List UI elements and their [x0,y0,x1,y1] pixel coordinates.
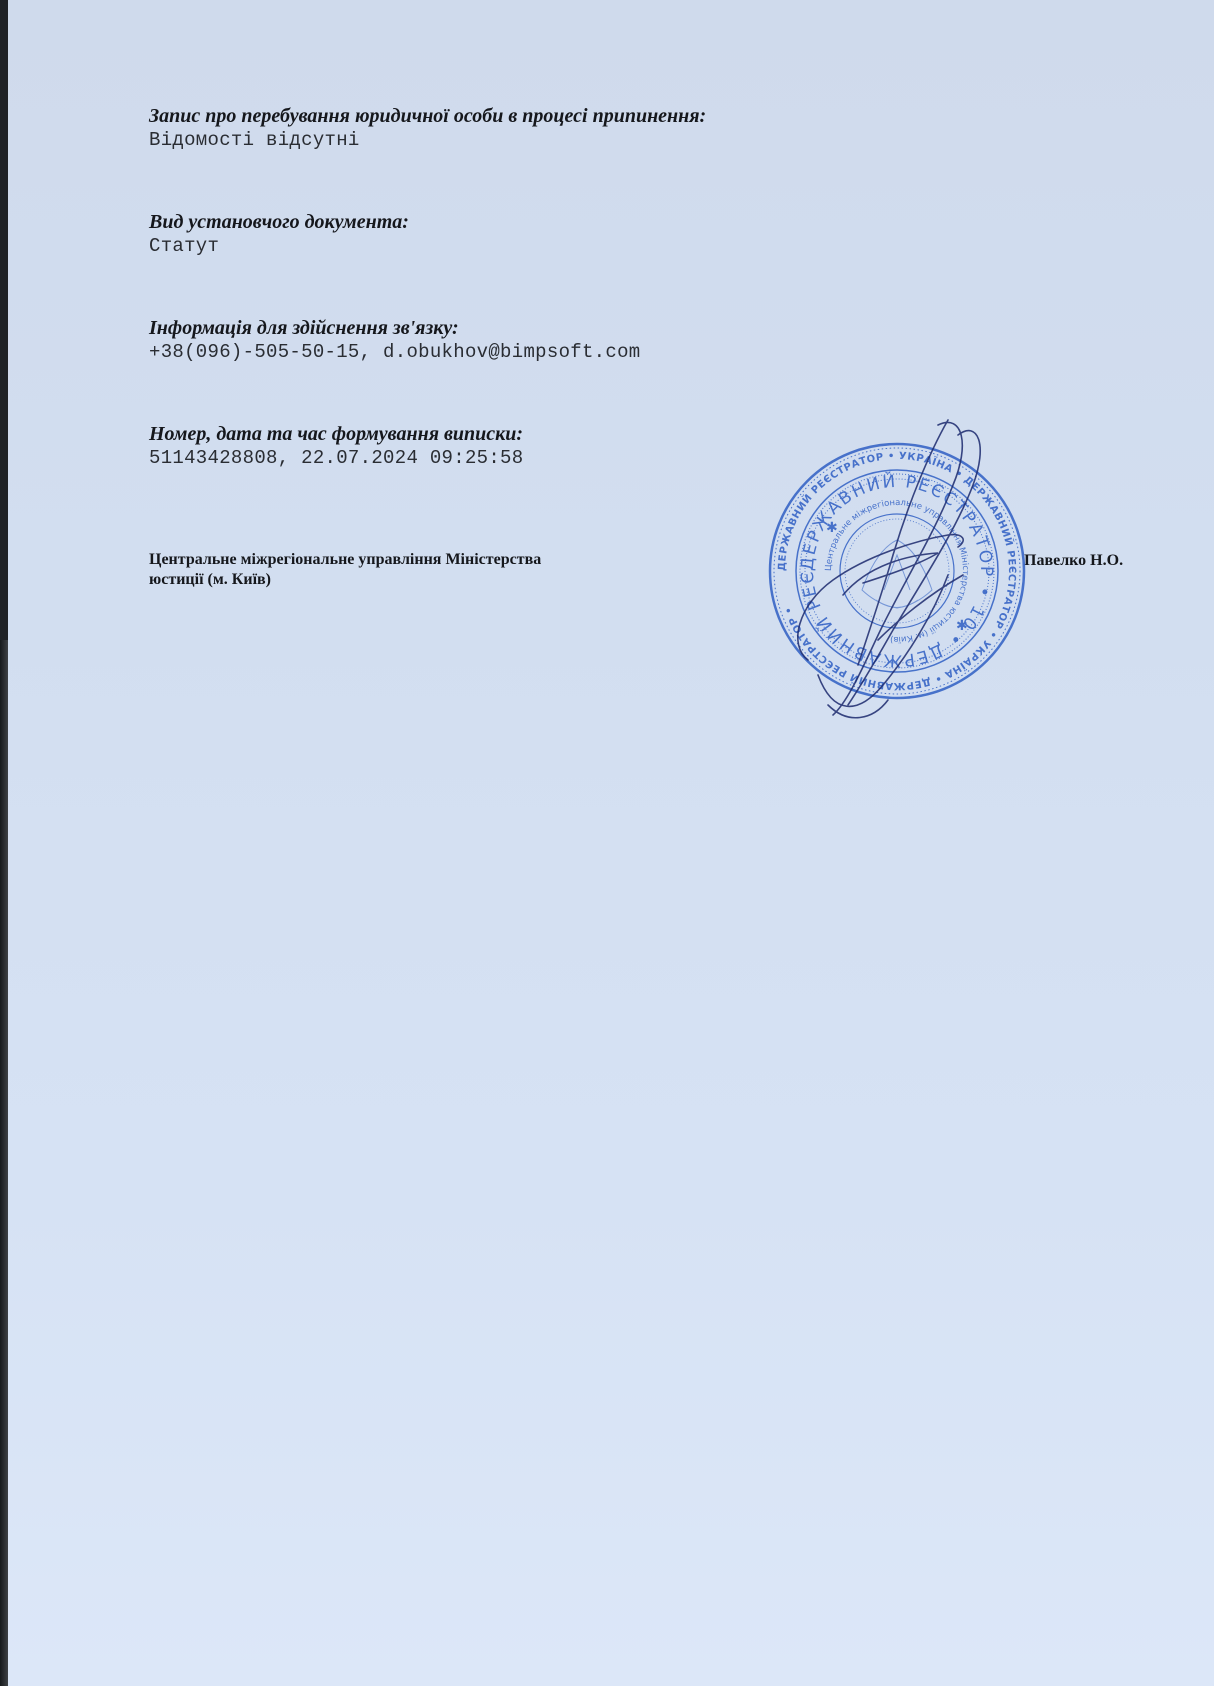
field-contact-info: Інформація для здійснення зв'язку: +38(0… [149,316,640,364]
field-value: Статут [149,234,409,258]
field-label: Вид установчого документа: [149,210,409,234]
field-label: Інформація для здійснення зв'язку: [149,316,640,340]
issuing-authority: Центральне міжрегіональне управління Мін… [149,550,669,590]
authority-line-1: Центральне міжрегіональне управління Мін… [149,550,669,570]
field-founding-document-type: Вид установчого документа: Статут [149,210,409,258]
field-extract-number-datetime: Номер, дата та час формування виписки: 5… [149,422,523,470]
document-page: Запис про перебування юридичної особи в … [8,0,1214,1686]
field-value: 51143428808, 22.07.2024 09:25:58 [149,446,523,470]
field-label: Номер, дата та час формування виписки: [149,422,523,446]
field-label: Запис про перебування юридичної особи в … [149,104,706,128]
field-value: +38(096)-505-50-15, d.obukhov@bimpsoft.c… [149,340,640,364]
field-termination-record: Запис про перебування юридичної особи в … [149,104,706,152]
field-value: Відомості відсутні [149,128,706,152]
authority-line-2: юстиції (м. Київ) [149,570,669,590]
signature-icon [788,415,1048,735]
